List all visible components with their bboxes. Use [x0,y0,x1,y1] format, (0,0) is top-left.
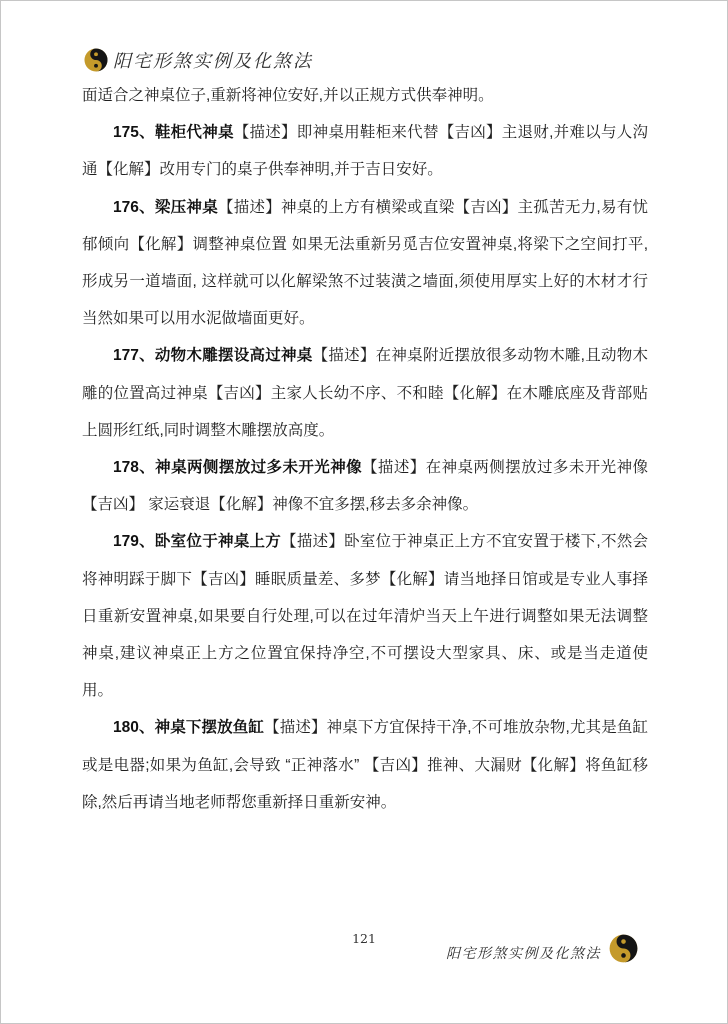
item-number-title: 180、神桌下摆放鱼缸 [113,719,264,736]
page-footer: 阳宅形煞实例及化煞法 [446,933,638,963]
footer-title: 阳宅形煞实例及化煞法 [446,943,601,963]
feng-shui-item: 180、神桌下摆放鱼缸【描述】神桌下方宜保持干净,不可堆放杂物,尤其是鱼缸或是电… [82,709,648,821]
item-number-title: 176、梁压神桌 [113,199,218,216]
feng-shui-item: 175、鞋柜代神桌【描述】即神桌用鞋柜来代替【吉凶】主退财,并难以与人沟通【化解… [82,114,648,188]
item-number-title: 178、神桌两侧摆放过多未开光神像 [113,459,362,476]
header-title: 阳宅形煞实例及化煞法 [113,47,313,73]
feng-shui-item: 178、神桌两侧摆放过多未开光神像【描述】在神桌两侧摆放过多未开光神像【吉凶】 … [82,449,648,523]
item-number-title: 179、卧室位于神桌上方 [113,533,281,550]
yinyang-icon [609,934,638,963]
paragraph-continuation: 面适合之神桌位子,重新将神位安好,并以正规方式供奉神明。 [82,77,648,114]
item-number-title: 177、动物木雕摆设高过神桌 [113,347,313,364]
document-page: 阳宅形煞实例及化煞法 面适合之神桌位子,重新将神位安好,并以正规方式供奉神明。 … [0,0,728,1024]
feng-shui-item: 177、动物木雕摆设高过神桌【描述】在神桌附近摆放很多动物木雕,且动物木雕的位置… [82,337,648,449]
page-header: 阳宅形煞实例及化煞法 [84,46,648,74]
feng-shui-item: 179、卧室位于神桌上方【描述】卧室位于神桌正上方不宜安置于楼下,不然会将神明踩… [82,523,648,709]
item-number-title: 175、鞋柜代神桌 [113,124,234,141]
item-body: 【描述】卧室位于神桌正上方不宜安置于楼下,不然会将神明踩于脚下【吉凶】睡眠质量差… [82,533,648,699]
feng-shui-item: 176、梁压神桌【描述】神桌的上方有横梁或直梁【吉凶】主孤苦无力,易有忧郁倾向【… [82,189,648,338]
document-body: 面适合之神桌位子,重新将神位安好,并以正规方式供奉神明。 175、鞋柜代神桌【描… [82,77,648,821]
item-list: 175、鞋柜代神桌【描述】即神桌用鞋柜来代替【吉凶】主退财,并难以与人沟通【化解… [82,114,648,821]
yinyang-icon [84,48,108,72]
item-body: 【描述】神桌的上方有横梁或直梁【吉凶】主孤苦无力,易有忧郁倾向【化解】调整神桌位… [82,199,648,328]
